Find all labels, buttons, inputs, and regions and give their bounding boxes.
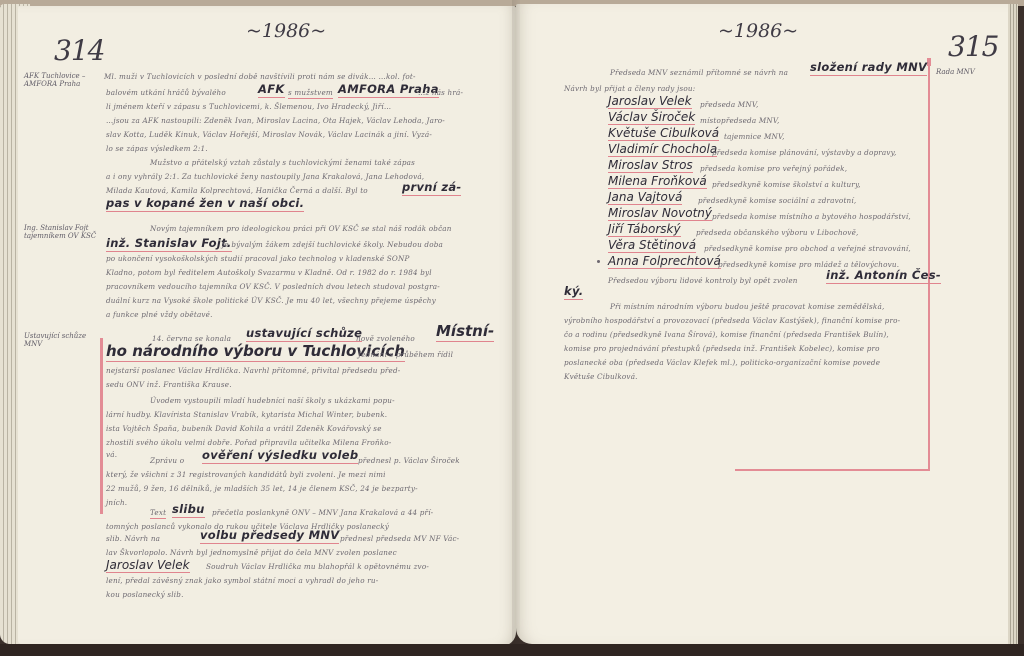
text-line: Kladno, potom byl ředitelem Autoškoly Sv… — [106, 268, 432, 277]
text-line: který, že všichni z 31 registrovaných ka… — [106, 470, 386, 479]
text-line: lo se zápas výsledkem 2:1. — [106, 144, 208, 153]
text-line: a i ony vyhrály 2:1. Za tuchlovické ženy… — [106, 172, 424, 181]
text-line: výrobního hospodářství a provozovací (př… — [564, 316, 900, 325]
margin-note-afk: AFK Tuchlovice – AMFORA Praha — [24, 72, 104, 88]
text-line: li jménem kteří v zápasu s Tuchlovicemi,… — [106, 102, 391, 111]
highlight-slozeni-rady: složení rady MNV — [810, 60, 927, 76]
text-line: Soudruh Václav Hrdlička mu blahopřál k o… — [206, 562, 429, 571]
highlight-volbu-predsedy: volbu předsedy MNV — [200, 528, 339, 544]
text-line: lav Škvorlopolo. Návrh byl jednomyslně p… — [106, 548, 397, 557]
council-member-role: předsedkyně komise školství a kultury, — [712, 180, 861, 189]
text-line: slib. Návrh na — [106, 534, 160, 543]
text-line: Zprávu o — [150, 456, 184, 465]
highlight-kopane-zen: pas v kopané žen v naší obci. — [106, 196, 304, 212]
highlight-mustvem: s mužstvem — [288, 88, 333, 99]
year-header-left: ~1986~ — [246, 20, 326, 42]
council-member-name: Miroslav Stros — [608, 158, 693, 173]
text-line: komise pro projednávání přestupků (předs… — [564, 344, 880, 353]
council-member-name: Vladimír Chochola — [608, 142, 717, 157]
highlight-mistni: Místní- — [436, 322, 494, 342]
page-number-right: 315 — [948, 30, 998, 63]
red-margin-bracket-right — [928, 60, 930, 470]
text-line: balovém utkání hráčů bývalého — [106, 88, 226, 97]
text-line: 22 mužů, 9 žen, 16 dělníků, je mladších … — [106, 484, 418, 493]
red-margin-bracket — [100, 338, 103, 514]
text-line: pracovníkem vedoucího tajemníka OV KSČ. … — [106, 282, 440, 291]
text-line: Jednání s průběhem řídil — [358, 350, 453, 359]
council-member-name: Věra Stětinová — [608, 238, 696, 253]
red-bracket-bottom — [735, 469, 930, 471]
text-line: duální kurz na Vysoké škole politické ÚV… — [106, 296, 436, 305]
council-member-role: předseda komise plánování, výstavby a do… — [712, 148, 896, 157]
text-line: slav Kotta, Luděk Kinuk, Václav Hořejší,… — [106, 130, 432, 139]
council-member-name: Jiří Táborský — [608, 222, 681, 237]
council-member-role: předseda občanského výboru v Libochově, — [696, 228, 859, 237]
margin-note-ustavujici-schuze: Ustavující schůze MNV — [24, 332, 94, 348]
margin-note-rada-mnv: Rada MNV — [936, 68, 975, 76]
highlight-antonin-cesky: inž. Antonín Čes- — [826, 268, 941, 284]
text-line: Návrh byl přijat a členy rady jsou: — [564, 84, 695, 93]
council-member-name: Jana Vajtová — [608, 190, 682, 205]
page-number-left: 314 — [54, 34, 104, 67]
text-line: po ukončení vysokoškolských studií praco… — [106, 254, 410, 263]
text-line: kou poslanecký slib. — [106, 590, 184, 599]
highlight-ustavujici-schuze: ustavující schůze — [246, 326, 362, 342]
text-line: čo a rodinu (předsedkyně Ivana Šírová), … — [564, 330, 889, 339]
council-member-name: Květuše Cibulková — [608, 126, 719, 141]
text-line: Text — [150, 508, 166, 519]
council-member-name: Anna Folprechtová — [608, 254, 721, 269]
text-line: je bývalým žákem zdejší tuchlovické škol… — [222, 240, 443, 249]
bullet-mark — [597, 260, 600, 263]
council-member-name: Miroslav Novotný — [608, 206, 712, 221]
highlight-prvni-zapas: první zá- — [402, 180, 461, 196]
bottom-edge — [0, 644, 1024, 656]
text-line: Milada Kautová, Kamila Kolprechtová, Han… — [106, 186, 368, 195]
council-member-name: Václav Široček — [608, 110, 695, 125]
text-line: Úvodem vystoupili mladí hudebníci naší š… — [150, 396, 395, 405]
margin-note-fojt: Ing. Stanislav Fojt tajemníkem OV KSČ — [24, 224, 104, 240]
highlight-overeni-vysledku-voleb: ověření výsledku voleb — [202, 448, 358, 464]
text-line: přednesl p. Václav Široček — [358, 456, 460, 465]
text-line: jních. — [106, 498, 127, 507]
highlight-stanislav-fojt: inž. Stanislav Fojt. — [106, 236, 232, 252]
text-line: …jsou za AFK nastoupili: Zdeněk Ivan, Mi… — [106, 116, 445, 125]
council-member-role: předseda komise pro veřejný pořádek, — [700, 164, 847, 173]
text-line: nejstarší poslanec Václav Hrdlička. Navr… — [106, 366, 400, 375]
text-line: sedu ONV inž. Františka Krause. — [106, 380, 232, 389]
highlight-afk: AFK — [258, 82, 285, 98]
council-member-name: Jaroslav Velek — [608, 94, 692, 109]
council-member-role: předseda MNV, — [700, 100, 758, 109]
highlight-jaroslav-velek: Jaroslav Velek — [106, 558, 190, 573]
right-page-stack-edges — [1008, 4, 1018, 644]
council-member-role: předseda komise místního a bytového hosp… — [712, 212, 911, 221]
text-line: zhostili svého úkolu velmi dobře. Pořad … — [106, 438, 391, 447]
text-line: přečetla poslankyně ONV – MNV Jana Kraka… — [212, 508, 433, 517]
text-line: Mužstvo a přátelský vztah zůstaly s tuch… — [150, 158, 415, 167]
text-line: Předseda MNV seznámil přítomné se návrh … — [610, 68, 788, 77]
council-member-role: předsedkyně komise sociální a zdravotní, — [698, 196, 856, 205]
highlight-slibu: slibu — [172, 502, 205, 518]
highlight-antonin-cesky-cont: ký. — [564, 284, 583, 300]
council-member-role: tajemnice MNV, — [724, 132, 785, 141]
text-line: lení, předal závěsný znak jako symbol st… — [106, 576, 378, 585]
book-spine — [512, 0, 520, 656]
text-line: poslanecké oba (předseda Václav Klefek m… — [564, 358, 880, 367]
council-member-name: Milena Froňková — [608, 174, 707, 189]
book-scan: 314 ~1986~ AFK Tuchlovice – AMFORA Praha… — [0, 0, 1024, 656]
year-header-right: ~1986~ — [718, 20, 798, 42]
text-line: …z nás hrá- — [418, 88, 463, 97]
council-member-role: místopředseda MNV, — [700, 116, 780, 125]
text-line: ista Vojtěch Špaňa, bubeník David Kohila… — [106, 424, 382, 433]
text-line: lární hudby. Klavírista Stanislav Vrabík… — [106, 410, 387, 419]
text-line: vá. — [106, 450, 117, 459]
text-line: přednesl předseda MV NF Vác- — [340, 534, 459, 543]
text-line: Při místním národním výboru budou ještě … — [610, 302, 884, 311]
text-line: a funkce plné vždy obětavé. — [106, 310, 213, 319]
text-line: Novým tajemníkem pro ideologickou práci … — [150, 224, 452, 233]
text-line: Květuše Cibulková. — [564, 372, 638, 381]
text-line: Předsedou výboru lidové kontroly byl opě… — [608, 276, 798, 285]
text-line: Ml. muži v Tuchlovicích v poslední době … — [104, 72, 416, 81]
council-member-role: předsedkyně komise pro obchod a veřejné … — [704, 244, 911, 253]
